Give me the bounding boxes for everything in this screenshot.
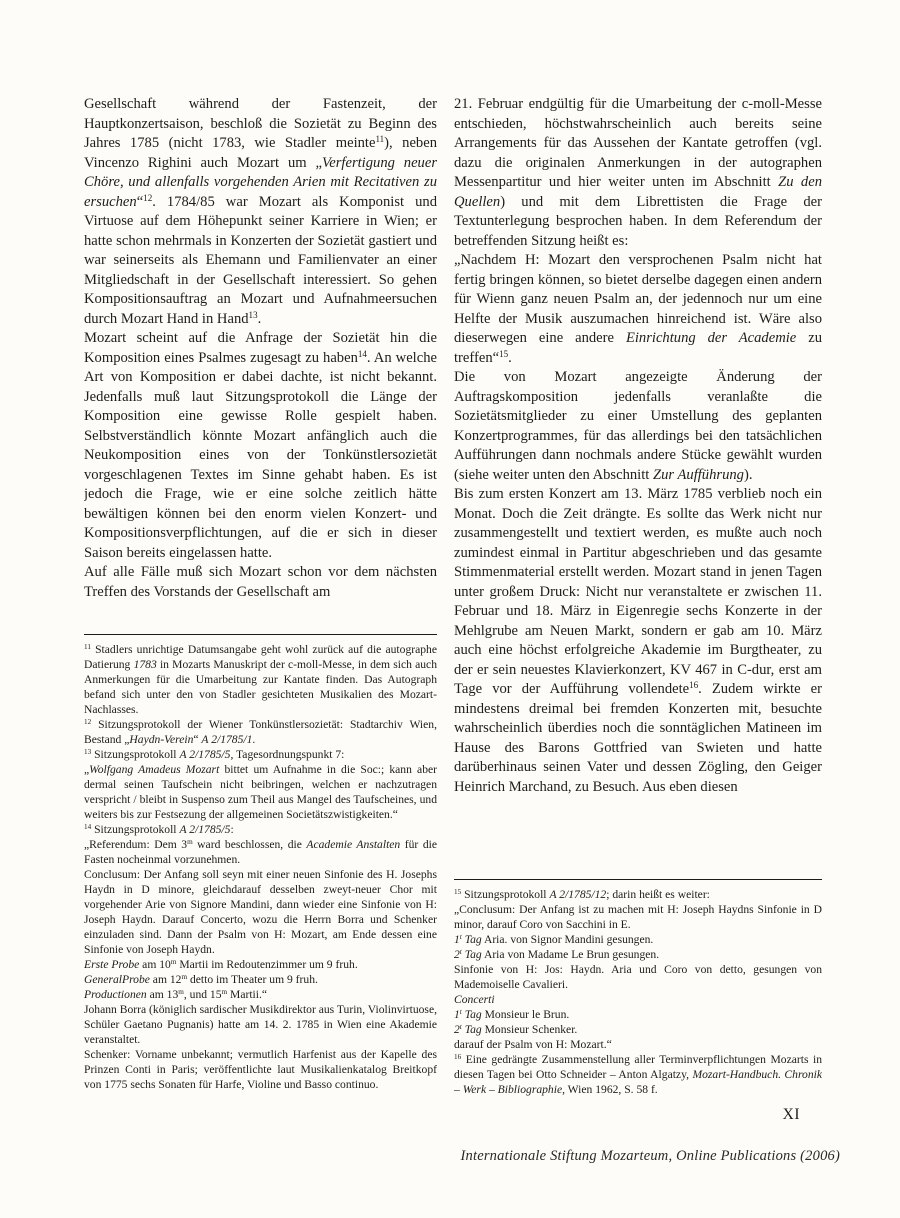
footnote: Conclusum: Der Anfang soll seyn mit eine… <box>84 867 437 957</box>
paragraph: Die von Mozart angezeigte Änderung der A… <box>454 368 822 485</box>
footnote: Sinfonie von H: Jos: Haydn. Aria und Cor… <box>454 962 822 992</box>
text-columns: Gesellschaft während der Fastenzeit, der… <box>84 95 822 1097</box>
footnote: 11 Stadlers unrichtige Datumsangabe geht… <box>84 642 437 717</box>
footnote: 1t Tag Aria. von Signor Mandini gesungen… <box>454 932 822 947</box>
page-number: XI <box>783 1106 800 1124</box>
left-column: Gesellschaft während der Fastenzeit, der… <box>84 95 437 1097</box>
page: Gesellschaft während der Fastenzeit, der… <box>0 0 900 1218</box>
left-footnotes: 11 Stadlers unrichtige Datumsangabe geht… <box>84 642 437 1092</box>
footnote: Johann Borra (königlich sardischer Musik… <box>84 1002 437 1047</box>
footnote: 2t Tag Monsieur Schenker. <box>454 1022 822 1037</box>
footnote: 2t Tag Aria von Madame Le Brun gesungen. <box>454 947 822 962</box>
footnote: GeneralProbe am 12m detto im Theater um … <box>84 972 437 987</box>
footnote: 14 Sitzungsprotokoll A 2/1785/5: <box>84 822 437 837</box>
paragraph: „Nachdem H: Mozart den versprochenen Psa… <box>454 251 822 368</box>
footnote: Concerti <box>454 992 822 1007</box>
footnote: „Referendum: Dem 3m ward beschlossen, di… <box>84 837 437 867</box>
footer-credit: Internationale Stiftung Mozarteum, Onlin… <box>461 1148 841 1165</box>
footnote: Productionen am 13m, und 15m Martii.“ <box>84 987 437 1002</box>
footnote: Erste Probe am 10m Martii im Redoutenzim… <box>84 957 437 972</box>
footnote: 1t Tag Monsieur le Brun. <box>454 1007 822 1022</box>
right-footnotes: 15 Sitzungsprotokoll A 2/1785/12; darin … <box>454 887 822 1097</box>
footnote: 12 Sitzungsprotokoll der Wiener Tonkünst… <box>84 717 437 747</box>
footnote: 15 Sitzungsprotokoll A 2/1785/12; darin … <box>454 887 822 902</box>
footnote: Schenker: Vorname unbekannt; vermutlich … <box>84 1047 437 1092</box>
footnote: 16 Eine gedrängte Zusammenstellung aller… <box>454 1052 822 1097</box>
footnote: darauf der Psalm von H: Mozart.“ <box>454 1037 822 1052</box>
footnote: „Wolfgang Amadeus Mozart bittet um Aufna… <box>84 762 437 822</box>
right-column: 21. Februar endgültig für die Umarbeitun… <box>454 95 822 1097</box>
paragraph: Mozart scheint auf die Anfrage der Sozie… <box>84 329 437 563</box>
footnote-separator <box>84 634 437 635</box>
paragraph: Bis zum ersten Konzert am 13. März 1785 … <box>454 485 822 797</box>
footnote: 13 Sitzungsprotokoll A 2/1785/5, Tagesor… <box>84 747 437 762</box>
left-main-text: Gesellschaft während der Fastenzeit, der… <box>84 95 437 628</box>
footnote-separator <box>454 879 822 880</box>
paragraph: Auf alle Fälle muß sich Mozart schon vor… <box>84 563 437 602</box>
paragraph: 21. Februar endgültig für die Umarbeitun… <box>454 95 822 251</box>
paragraph: Gesellschaft während der Fastenzeit, der… <box>84 95 437 329</box>
footnote: „Conclusum: Der Anfang ist zu machen mit… <box>454 902 822 932</box>
right-main-text: 21. Februar endgültig für die Umarbeitun… <box>454 95 822 873</box>
